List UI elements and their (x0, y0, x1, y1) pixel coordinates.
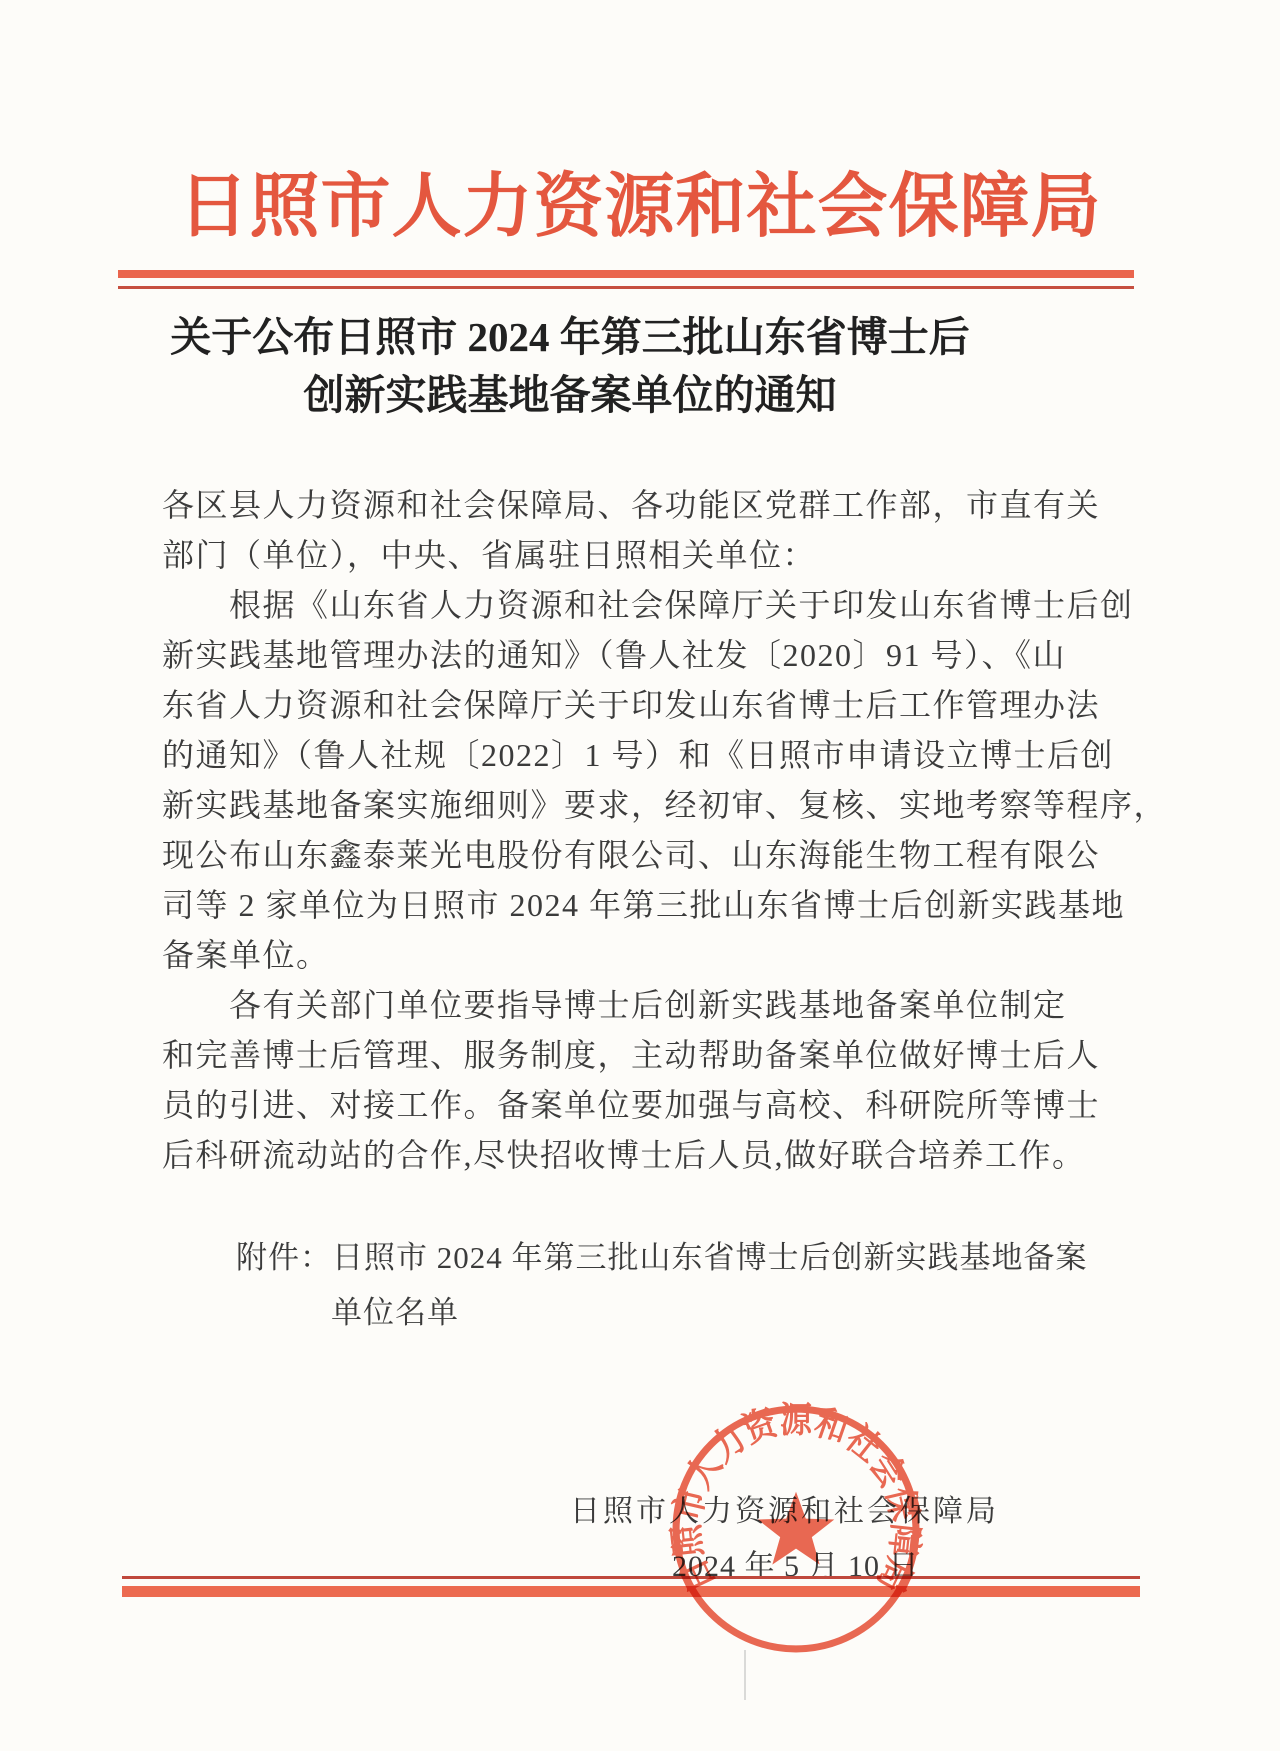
attachment-text: 日照市 2024 年第三批山东省博士后创新实践基地备案 (332, 1240, 1088, 1275)
document-title: 关于公布日照市 2024 年第三批山东省博士后 创新实践基地备案单位的通知 (0, 308, 1140, 424)
official-seal-stamp: 日照市人力资源和社会保障局 (665, 1398, 927, 1660)
attachment-line2: 单位名单 (236, 1285, 1088, 1340)
body-line: 新实践基地备案实施细则》要求，经初审、复核、实地考察等程序， (162, 780, 1130, 830)
attachment-label: 附件： (236, 1240, 332, 1275)
body-line: 备案单位。 (162, 930, 1130, 980)
body-line: 司等 2 家单位为日照市 2024 年第三批山东省博士后创新实践基地 (162, 880, 1130, 930)
body-line: 各有关部门单位要指导博士后创新实践基地备案单位制定 (162, 980, 1130, 1030)
issuing-org-header: 日照市人力资源和社会保障局 (0, 150, 1280, 251)
body-line: 根据《山东省人力资源和社会保障厅关于印发山东省博士后创 (162, 580, 1130, 630)
body-line: 现公布山东鑫泰莱光电股份有限公司、山东海能生物工程有限公 (162, 830, 1130, 880)
body-line: 东省人力资源和社会保障厅关于印发山东省博士后工作管理办法 (162, 680, 1130, 730)
footer-rule-thin (122, 1576, 1140, 1579)
attachment-line1: 附件：日照市 2024 年第三批山东省博士后创新实践基地备案 (236, 1230, 1088, 1285)
header-rule-thick (118, 270, 1134, 278)
body-line: 和完善博士后管理、服务制度，主动帮助备案单位做好博士后人 (162, 1030, 1130, 1080)
document-body: 各区县人力资源和社会保障局、各功能区党群工作部，市直有关 部门（单位），中央、省… (162, 480, 1130, 1180)
document-title-line1: 关于公布日照市 2024 年第三批山东省博士后 (0, 308, 1140, 366)
body-line: 各区县人力资源和社会保障局、各功能区党群工作部，市直有关 (162, 480, 1130, 530)
document-title-line2: 创新实践基地备案单位的通知 (0, 366, 1140, 424)
footer-rule-thick (122, 1586, 1140, 1597)
header-rule-thin (118, 286, 1134, 289)
body-line: 员的引进、对接工作。备案单位要加强与高校、科研院所等博士 (162, 1080, 1130, 1130)
body-line: 部门（单位），中央、省属驻日照相关单位： (162, 530, 1130, 580)
star-icon (758, 1492, 835, 1565)
scan-crease-artifact (744, 1650, 746, 1700)
body-line: 新实践基地管理办法的通知》（鲁人社发〔2020〕91 号）、《山 (162, 630, 1130, 680)
body-line: 后科研流动站的合作,尽快招收博士后人员,做好联合培养工作。 (162, 1130, 1130, 1180)
attachment-note: 附件：日照市 2024 年第三批山东省博士后创新实践基地备案 单位名单 (236, 1230, 1088, 1340)
document-page: 日照市人力资源和社会保障局 关于公布日照市 2024 年第三批山东省博士后 创新… (0, 0, 1280, 1751)
body-line: 的通知》（鲁人社规〔2022〕1 号）和《日照市申请设立博士后创 (162, 730, 1130, 780)
